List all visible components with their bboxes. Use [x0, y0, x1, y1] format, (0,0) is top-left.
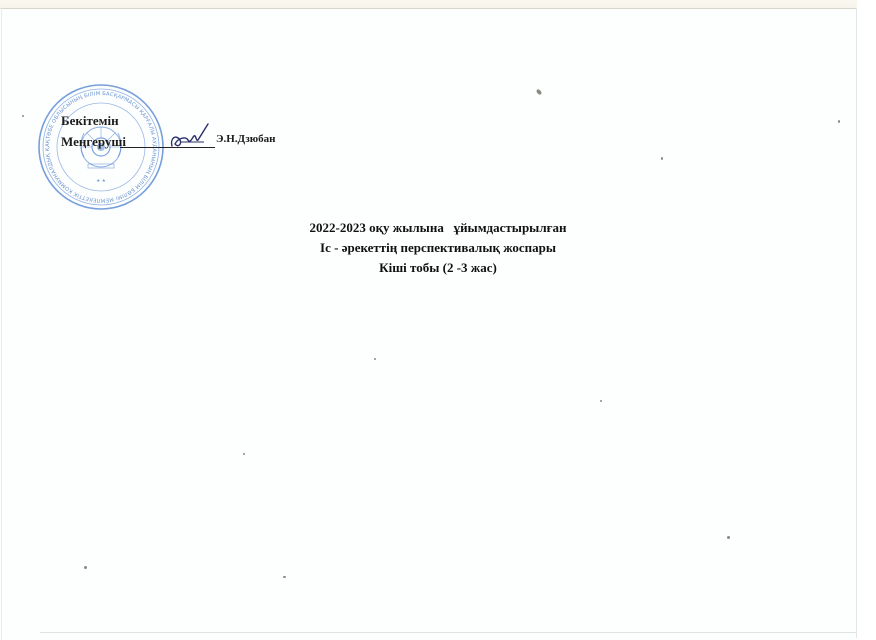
signature [168, 120, 212, 150]
document-title: 2022-2023 оқу жылына ұйымдастырылған Іс … [200, 218, 676, 278]
position-label: Меңгеруші [61, 134, 126, 150]
scan-right-margin [857, 0, 876, 640]
title-line-group: Кіші тобы (2 -3 жас) [200, 258, 676, 278]
title-line-plan-name: Іс - әрекеттің перспективалық жоспары [200, 238, 676, 258]
title-line-academic-year: 2022-2023 оқу жылына ұйымдастырылған [200, 218, 676, 238]
signer-name: Э.Н.Дзюбан [216, 133, 276, 145]
scan-top-edge [0, 0, 858, 9]
approval-label: Бекітемін [61, 113, 119, 129]
scan-bottom-edge [40, 632, 856, 633]
svg-text:★ ★: ★ ★ [96, 178, 106, 184]
signature-icon [168, 120, 212, 150]
scan-left-edge [1, 8, 2, 640]
scanned-document-page: АҚТӨБЕ ОБЛЫСЫНЫҢ БІЛІМ БАСҚАРМАСЫ ҚАРҒАЛ… [0, 0, 876, 640]
